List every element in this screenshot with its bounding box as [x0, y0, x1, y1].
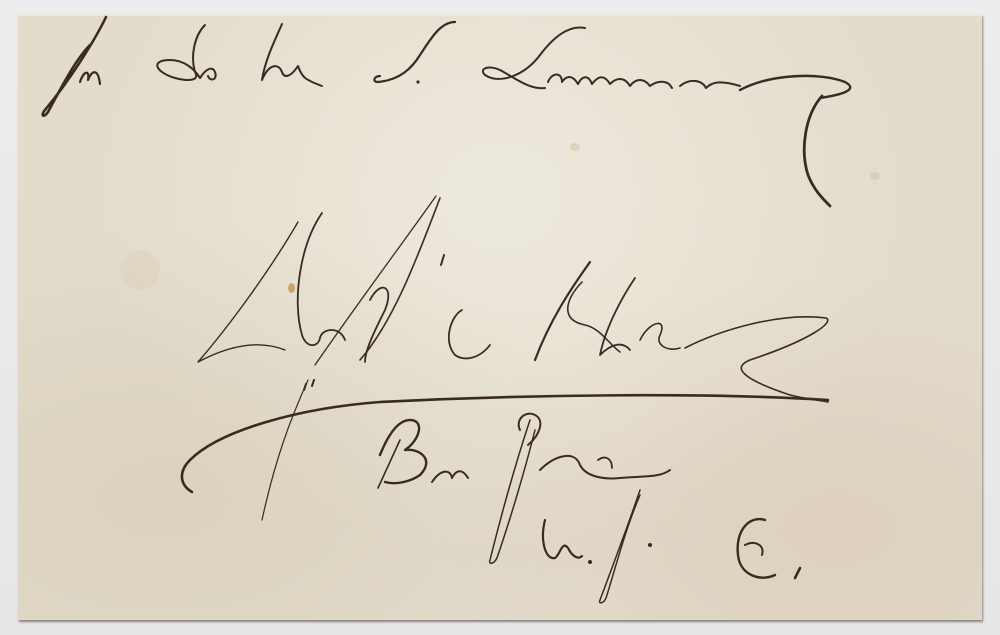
handwriting: [0, 0, 1000, 635]
army-handwriting: [543, 490, 800, 603]
inscription-handwriting: [43, 17, 851, 206]
signature-handwriting: [182, 196, 828, 520]
rank-handwriting: [378, 414, 670, 564]
